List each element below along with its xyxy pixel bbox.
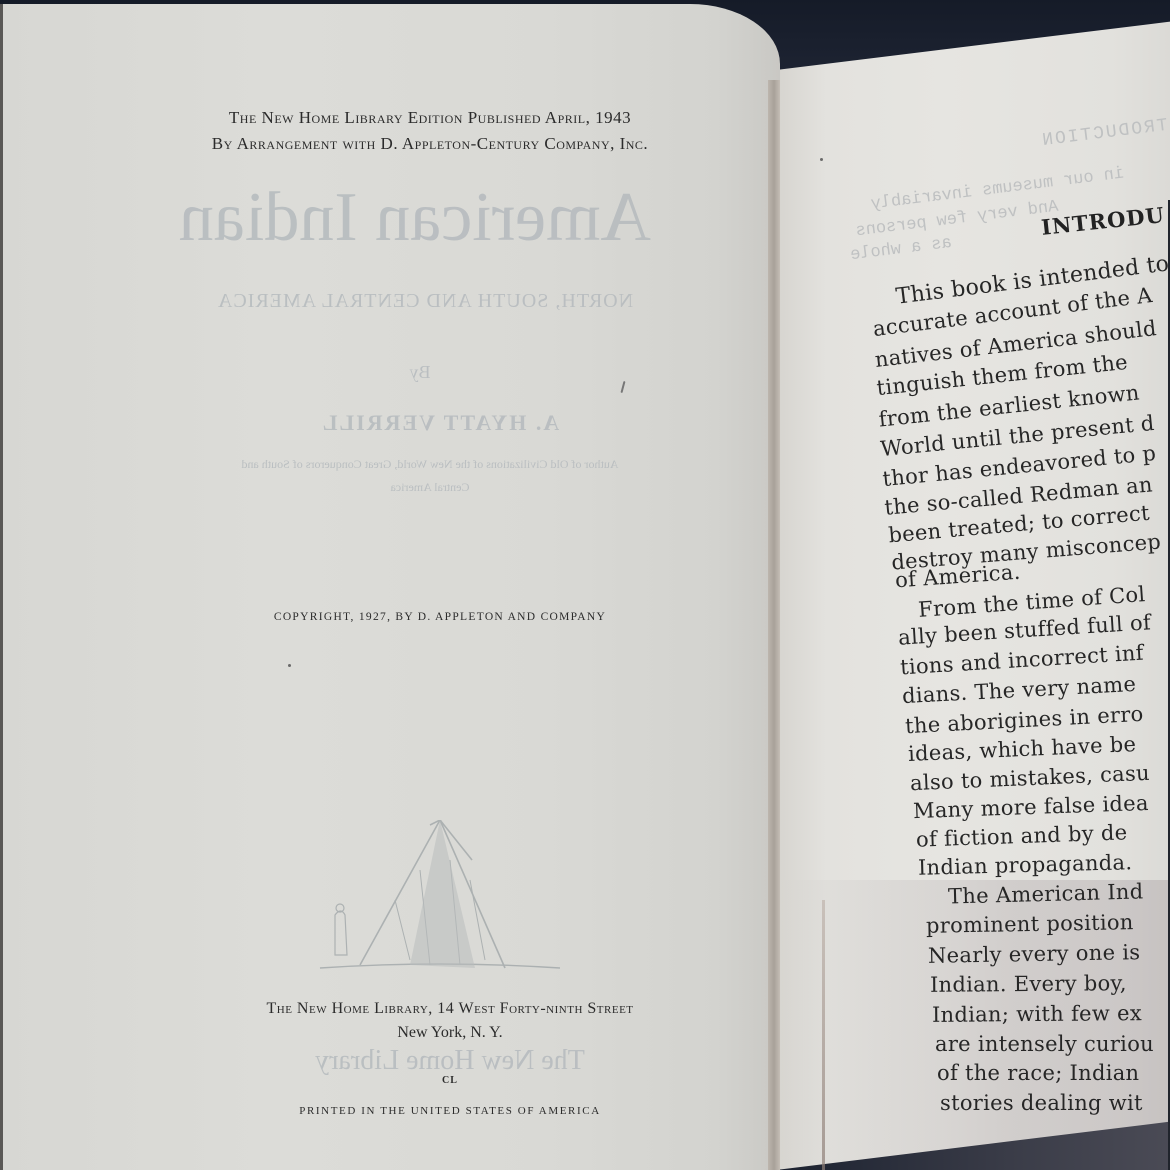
printer-code: CL	[420, 1075, 480, 1086]
edition-line: The New Home Library Edition Published A…	[180, 108, 680, 128]
text-line: Indian; with few ex	[932, 1001, 1142, 1027]
bleed-by: By	[400, 362, 440, 383]
text-line: prominent position	[926, 910, 1134, 938]
text-line: of the race; Indian	[937, 1061, 1139, 1085]
bleed-library: The New Home Library	[240, 1045, 660, 1077]
publisher-address: The New Home Library, 14 West Forty-nint…	[220, 1000, 680, 1018]
copyright-notice: COPYRIGHT, 1927, BY D. APPLETON AND COMP…	[230, 611, 650, 623]
page-gutter	[768, 80, 780, 1170]
text-line: The American Ind	[948, 879, 1144, 908]
printed-in-notice: PRINTED IN THE UNITED STATES OF AMERICA	[260, 1105, 640, 1117]
publisher-city: New York, N. Y.	[220, 1024, 680, 1042]
text-line: stories dealing wit	[940, 1091, 1143, 1115]
bleed-author: A. HYATT VERRILL	[280, 410, 600, 436]
text-line: are intensely curiou	[935, 1032, 1154, 1056]
bleed-credit: Author of Old Civilizations of the New W…	[240, 453, 620, 499]
text-line: Nearly every one is	[928, 940, 1141, 968]
bleed-title: American Indian	[110, 178, 720, 258]
paper-speck	[820, 158, 823, 161]
paper-speck	[288, 664, 291, 667]
bleed-subtitle: NORTH, SOUTH AND CENTRAL AMERICA	[140, 290, 710, 313]
arrangement-line: By Arrangement with D. Appleton-Century …	[170, 134, 690, 154]
text-line: Indian. Every boy,	[930, 971, 1127, 997]
gutter-crease	[822, 900, 825, 1170]
teepee-illustration-icon	[300, 820, 580, 990]
book-photo: American Indian NORTH, SOUTH AND CENTRAL…	[0, 0, 1170, 1170]
